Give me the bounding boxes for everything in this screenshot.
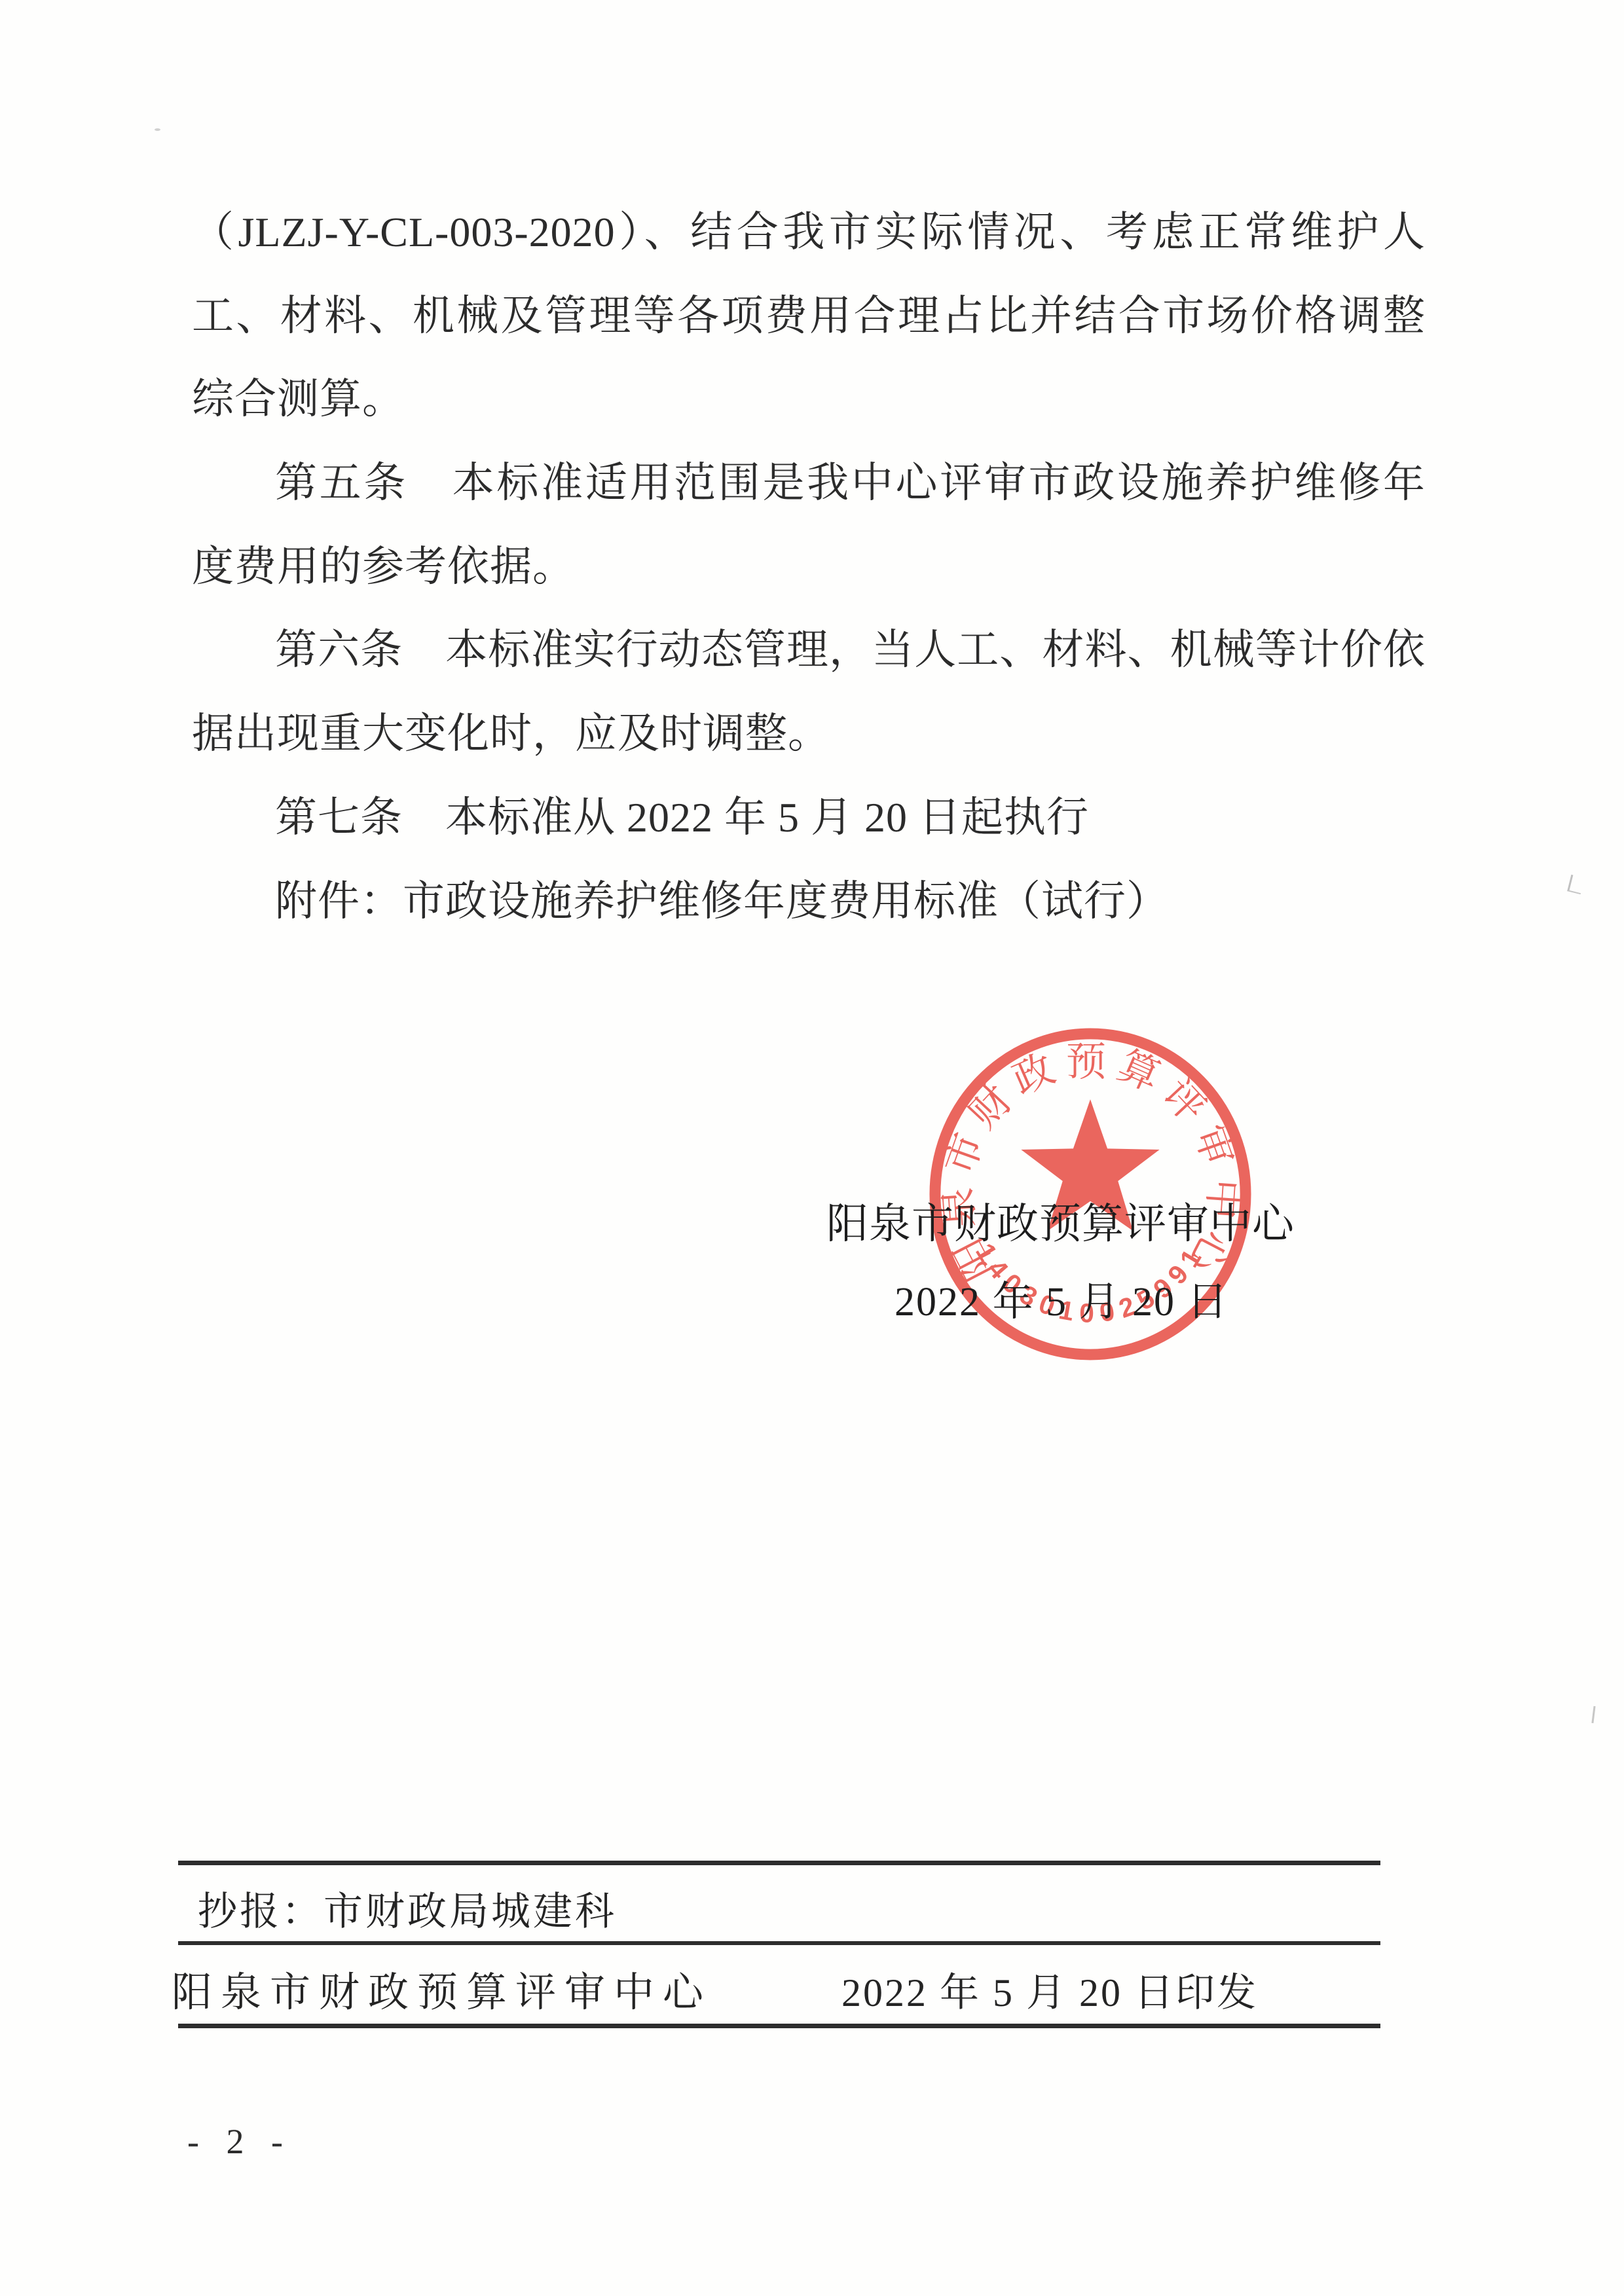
copy-to-line: 抄报：市财政局城建科 [198, 1880, 617, 1937]
print-date: 2022 年 5 月 20 日印发 [841, 1961, 1258, 2018]
scan-artifact [1591, 1706, 1595, 1723]
body-line: （JLZJ-Y-CL-003-2020）、结合我市实际情况、考虑正常维护人 [192, 191, 1426, 274]
document-page: （JLZJ-Y-CL-003-2020）、结合我市实际情况、考虑正常维护人 工、… [0, 0, 1624, 2296]
signature-date: 2022 年 5 月 20 日 [895, 1269, 1229, 1327]
body-line: 第六条 本标准实行动态管理，当人工、材料、机械等计价依 [192, 608, 1426, 692]
footer-rule-bottom [178, 2024, 1380, 2028]
body-line: 第七条 本标准从 2022 年 5 月 20 日起执行 [192, 776, 1426, 860]
body-line: 综合测算。 [192, 357, 1426, 441]
body-line: 工、材料、机械及管理等各项费用合理占比并结合市场价格调整 [192, 274, 1426, 358]
body-line: 据出现重大变化时，应及时调整。 [192, 692, 1426, 776]
page-number: - 2 - [187, 2121, 292, 2162]
scan-artifact [155, 128, 160, 131]
issuer-name: 阳泉市财政预算评审中心 [172, 1959, 712, 2018]
footer-rule-middle [178, 1941, 1380, 1945]
signature-org: 阳泉市财政预算评审中心 [826, 1190, 1295, 1250]
scan-artifact [1567, 875, 1585, 894]
body-line: 度费用的参考依据。 [192, 525, 1426, 609]
body-line: 第五条 本标准适用范围是我中心评审市政设施养护维修年 [192, 441, 1426, 525]
footer-rule-top [178, 1861, 1380, 1865]
body-text: （JLZJ-Y-CL-003-2020）、结合我市实际情况、考虑正常维护人 工、… [192, 191, 1426, 943]
attachment-line: 附件：市政设施养护维修年度费用标准（试行） [192, 860, 1426, 943]
